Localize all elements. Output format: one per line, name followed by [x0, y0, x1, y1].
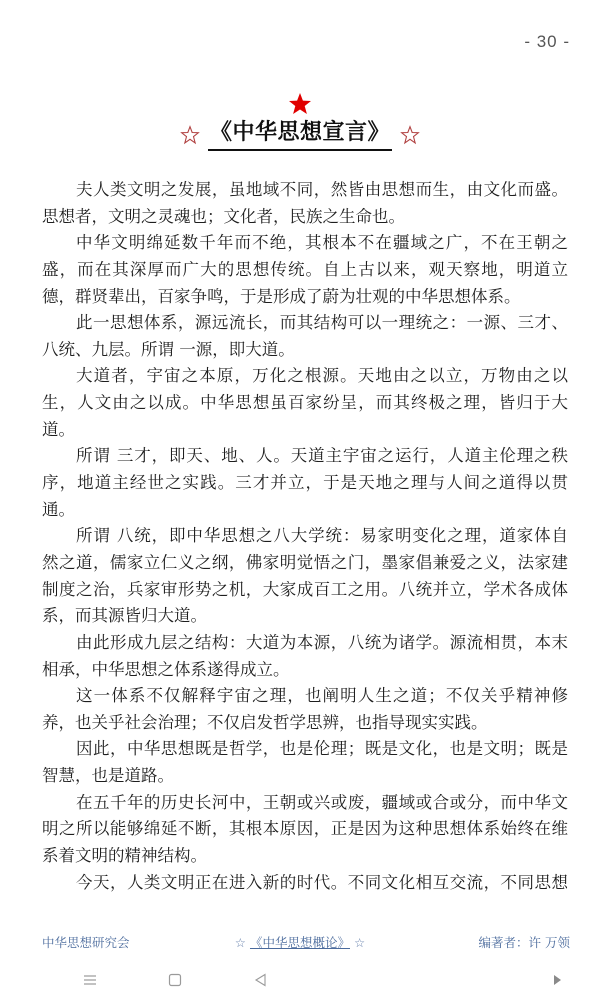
text-line: 制度之治，兵家审形势之机，大家成百工之用。八统并立，学术各成体: [42, 577, 568, 604]
text-line: 明之所以能够绵延不断，其根本原因，正是因为这种思想体系始终在维: [42, 816, 568, 843]
paragraph: 夫人类文明之发展，虽地域不同，然皆由思想而生，由文化而盛。 思想者，文明之灵魂也…: [42, 177, 568, 230]
text-line: 德，群贤辈出，百家争鸣，于是形成了蔚为壮观的中华思想体系。: [42, 284, 568, 311]
document-title: 《中华思想宣言》: [208, 118, 392, 151]
title-block: 《中华思想宣言》: [0, 92, 600, 151]
text-line: 所谓 三才，即天、地、人。天道主宇宙之运行，人道主伦理之秩: [42, 443, 568, 470]
red-star-icon: [288, 92, 312, 116]
back-triangle-icon: [254, 973, 268, 987]
home-button[interactable]: [164, 969, 186, 991]
text-line: 在五千年的历史长河中，王朝或兴或废，疆域或合或分，而中华文: [42, 790, 568, 817]
paragraph: 今天，人类文明正在进入新的时代。不同文化相互交流，不同思想: [42, 870, 568, 897]
page-footer: 中华思想研究会 ☆ 《中华思想概论》 ☆ 编著者：许 万领: [0, 933, 600, 953]
text-line: 大道者，宇宙之本原，万化之根源。天地由之以立，万物由之以: [42, 363, 568, 390]
outline-star-icon: [400, 125, 420, 145]
paragraph: 由此形成九层之结构：大道为本源，八统为诸学。源流相贯，本末 相承，中华思想之体系…: [42, 630, 568, 683]
back-button[interactable]: [250, 969, 272, 991]
outline-star-icon: [180, 125, 200, 145]
text-line: 中华文明绵延数千年而不绝，其根本不在疆域之广，不在王朝之: [42, 230, 568, 257]
text-line: 今天，人类文明正在进入新的时代。不同文化相互交流，不同思想: [42, 870, 568, 897]
text-line: 养，也关乎社会治理；不仅启发哲学思辨，也指导现实实践。: [42, 710, 568, 737]
small-star-icon: ☆: [235, 935, 246, 950]
text-line: 系，而其源皆归大道。: [42, 603, 568, 630]
text-line: 此一思想体系，源远流长，而其结构可以一理统之：一源、三才、: [42, 310, 568, 337]
text-line: 因此，中华思想既是哲学，也是伦理；既是文化，也是文明；既是: [42, 736, 568, 763]
text-line: 相承，中华思想之体系遂得成立。: [42, 657, 568, 684]
text-line: 由此形成九层之结构：大道为本源，八统为诸学。源流相贯，本末: [42, 630, 568, 657]
paragraph: 在五千年的历史长河中，王朝或兴或废，疆域或合或分，而中华文 明之所以能够绵延不断…: [42, 790, 568, 870]
menu-icon: [83, 973, 97, 987]
paragraph: 这一体系不仅解释宇宙之理，也阐明人生之道；不仅关乎精神修 养，也关乎社会治理；不…: [42, 683, 568, 736]
small-star-icon: ☆: [354, 935, 365, 950]
home-square-icon: [168, 973, 182, 987]
title-row: 《中华思想宣言》: [0, 118, 600, 151]
text-line: 然之道，儒家立仁义之纲，佛家明觉悟之门，墨家倡兼爱之义，法家建: [42, 550, 568, 577]
text-line: 盛，而在其深厚而广大的思想传统。自上古以来，观天察地，明道立: [42, 257, 568, 284]
next-page-button[interactable]: [546, 969, 568, 991]
book-title-link[interactable]: 《中华思想概论》: [250, 935, 350, 950]
menu-button[interactable]: [79, 969, 101, 991]
text-line: 序，地道主经世之实践。三才并立，于是天地之理与人间之道得以贯: [42, 470, 568, 497]
footer-author: 编著者：许 万领: [479, 933, 570, 951]
text-line: 生，人文由之以成。中华思想虽百家纷呈，而其终极之理，皆归于大: [42, 390, 568, 417]
system-nav-bar: [0, 965, 600, 995]
paragraph: 因此，中华思想既是哲学，也是伦理；既是文化，也是文明；既是 智慧，也是道路。: [42, 736, 568, 789]
text-line: 通。: [42, 497, 568, 524]
paragraph: 所谓 三才，即天、地、人。天道主宇宙之运行，人道主伦理之秩 序，地道主经世之实践…: [42, 443, 568, 523]
text-line: 思想者，文明之灵魂也；文化者，民族之生命也。: [42, 204, 568, 231]
text-line: 所谓 八统，即中华思想之八大学统：易家明变化之理，道家体自: [42, 523, 568, 550]
paragraph: 所谓 八统，即中华思想之八大学统：易家明变化之理，道家体自 然之道，儒家立仁义之…: [42, 523, 568, 630]
page-number: - 30 -: [524, 32, 570, 52]
text-line: 夫人类文明之发展，虽地域不同，然皆由思想而生，由文化而盛。: [42, 177, 568, 204]
text-line: 这一体系不仅解释宇宙之理，也阐明人生之道；不仅关乎精神修: [42, 683, 568, 710]
paragraph: 此一思想体系，源远流长，而其结构可以一理统之：一源、三才、 八统、九层。所谓 一…: [42, 310, 568, 363]
paragraph: 大道者，宇宙之本原，万化之根源。天地由之以立，万物由之以 生，人文由之以成。中华…: [42, 363, 568, 443]
text-line: 智慧，也是道路。: [42, 763, 568, 790]
text-line: 道。: [42, 417, 568, 444]
text-line: 系着文明的精神结构。: [42, 843, 568, 870]
text-line: 八统、九层。所谓 一源，即大道。: [42, 337, 568, 364]
document-body: 夫人类文明之发展，虽地域不同，然皆由思想而生，由文化而盛。 思想者，文明之灵魂也…: [42, 177, 568, 896]
paragraph: 中华文明绵延数千年而不绝，其根本不在疆域之广，不在王朝之 盛，而在其深厚而广大的…: [42, 230, 568, 310]
play-arrow-icon: [552, 974, 562, 986]
